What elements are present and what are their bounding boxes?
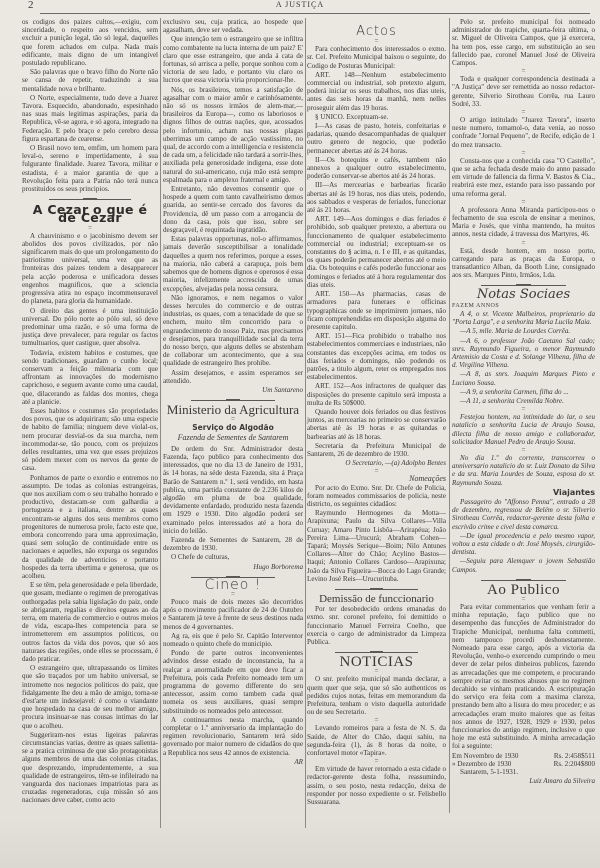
section-title: Demissão de funccionario: [307, 595, 446, 603]
paragraph: Levando romeiros para a festa de N. S. d…: [307, 724, 446, 757]
paragraph: Toda e qualquer correspondencia destinad…: [452, 75, 595, 108]
place-date: Santarem, 5-1-1931.: [452, 768, 595, 776]
paragraph: Pondo de parte outros inconvenientes adv…: [163, 649, 303, 715]
column-divider: [449, 18, 450, 813]
newspaper-page: 2 A JUSTIÇA os codigos dos paizes cultos…: [0, 0, 600, 868]
separator: =: [452, 240, 595, 246]
section-subtitle: Nomeações: [307, 475, 446, 483]
section-title: Cineo !: [163, 581, 303, 589]
separator: =: [452, 596, 595, 602]
signature: Luiz Amaro da Silveira: [452, 777, 595, 785]
signature: Um Santareno: [163, 386, 303, 394]
paragraph: III—As mercearias e barbearias ficarão a…: [307, 181, 446, 214]
anniversary-item: —A 6, o professor João Caetano Sal cado;…: [452, 337, 595, 370]
paragraph: Raymundo Hermogenes da Motta—Arapixuna; …: [307, 509, 446, 583]
paragraph: Secretaria da Prefeitura Municipal de Sa…: [307, 442, 446, 458]
paragraph: Esses habitos e costumes são propriedade…: [22, 407, 158, 473]
paragraph: Todavia, existem habitos e costumes, que…: [22, 349, 158, 406]
paragraph: Nós, os brasileiros, temos a satisfação …: [163, 86, 303, 184]
column-divider: [160, 18, 161, 828]
paragraph: Para evitar commentarios que venham feri…: [452, 603, 595, 751]
paragraph: O Brasil novo tem, emfim, um homem para …: [22, 144, 158, 193]
paragraph: Por ter desobedecido ordens emanadas do …: [307, 605, 446, 646]
ornament-divider: [307, 650, 446, 654]
anniversary-item: —A 8, as snrs. Joaquim Marques Pinto e L…: [452, 370, 595, 386]
ornament-divider: [452, 578, 595, 582]
paragraph: São palavras que o bravo filho do Norte …: [22, 68, 158, 93]
paragraph: II—Os botequins e cafés, tambem não anne…: [307, 156, 446, 181]
paragraph: No dia 1.º do corrente, transcorreu o an…: [452, 454, 595, 487]
separator: =: [307, 717, 446, 723]
separator: =: [452, 68, 595, 74]
signature: Hugo Borborema: [163, 563, 303, 571]
finance-value: Rs. 2:458$511: [554, 752, 595, 760]
separator: =: [452, 406, 595, 412]
paragraph: E se têm, pela generosidade e pela liber…: [22, 581, 158, 663]
paragraph: ART. 148—Nenhum estabelecimento commerci…: [307, 71, 446, 112]
column-1: os codigos dos paizes cultos,—exigiu, co…: [22, 18, 158, 806]
column-4: Pelo sr. prefeito municipal foi nomeado …: [452, 18, 595, 785]
section-title: Ministerio da Agricultura: [163, 406, 303, 414]
signature: O Secretario, —(a) Adolpho Bentes: [307, 459, 446, 467]
section-title: NOTICIAS: [307, 658, 446, 666]
paragraph: Suggeriram-nos estas ligeiras palavras c…: [22, 731, 158, 805]
paragraph: ART. 150—As pharmacias, casas de armador…: [307, 290, 446, 331]
place-date: Fazenda de Sementes de Santarem, 28 de d…: [163, 536, 303, 552]
anniversary-item: —A 5, mlle. Maria de Lourdes Corrêa.: [452, 327, 595, 335]
paragraph: O Norte, especialmente, tudo deve a Juar…: [22, 94, 158, 143]
finance-label: Em Novembro de 1930: [452, 752, 518, 760]
separator: =: [307, 758, 446, 764]
anniversary-item: A 4, o sr. Vicente Malheiros, proprietar…: [452, 310, 595, 326]
paragraph: Em virtude de haver retornado a esta cid…: [307, 765, 446, 806]
newspaper-title: A JUSTIÇA: [10, 0, 590, 9]
paragraph: A chauvinismo e o jacobinismo devem ser …: [22, 232, 158, 306]
paragraph: exclusivo seu, cuja pratica, ao hospede …: [163, 18, 303, 34]
finance-row: Em Novembro de 1930 Rs. 2:458$511: [452, 752, 595, 760]
paragraph: Festejou hontem, na intimidade do lar, o…: [452, 413, 595, 446]
page-shading: [0, 820, 600, 868]
paragraph: Entretanto, não devemos consentir que o …: [163, 185, 303, 234]
paragraph: Ag ra, eis que é pelo Sr. Capitão Interv…: [163, 632, 303, 648]
column-3: Actos = Para conhecimento dos interessad…: [307, 18, 446, 807]
paragraph: Ponhamos de parte o exordio e entremos n…: [22, 474, 158, 581]
article-title: A Cezar o que é de Cezar: [22, 206, 158, 222]
paragraph: O artigo intitulado "Juarez Tavora", ins…: [452, 116, 595, 149]
paragraph: Para conhecimento dos interessados o exm…: [307, 45, 446, 70]
paragraph: Que intenção tem o estrangeiro que se in…: [163, 35, 303, 84]
paragraph: ART. 151—Fica prohibido o trabalho nos e…: [307, 332, 446, 381]
section-label: FAZEM ANNOS: [452, 302, 595, 310]
ornament-divider: [163, 575, 303, 579]
paragraph: ART. 152—Aos infractores de qualquer das…: [307, 382, 446, 407]
masthead: 2 A JUSTIÇA: [10, 2, 590, 14]
section-title: Notas Sociaes: [452, 291, 595, 299]
paragraph: Pouco mais de dois mezes são decorridos …: [163, 598, 303, 631]
anniversary-item: —A 11, a senhorita Cremilda Nobre.: [452, 397, 595, 405]
paragraph: A continuarmos nesta marcha, quando comp…: [163, 716, 303, 757]
finance-row: » Dezembro de 1930 Rs. 2:204$800: [452, 760, 595, 768]
paragraph: I—As casas de pasto, hoteis, confeitaria…: [307, 122, 446, 155]
section-title: Actos: [307, 28, 446, 36]
separator: =: [452, 150, 595, 156]
paragraph: O direito das gentes é uma instituição u…: [22, 307, 158, 348]
paragraph: ART. 149—Aos domingos e dias feriados é …: [307, 215, 446, 289]
column-divider: [305, 18, 306, 828]
ornament-divider: [22, 197, 158, 201]
separator: =: [452, 109, 595, 115]
ornament-divider: [163, 398, 303, 402]
paragraph: § UNICO. Exceptuam-se.: [307, 113, 446, 121]
paragraph: O snr. prefeito municipal manda declarar…: [307, 675, 446, 716]
paragraph: De ordem do Snr. Administrador desta Faz…: [163, 445, 303, 535]
paragraph: Pelo sr. prefeito municipal foi nomeado …: [452, 18, 595, 67]
separator: =: [163, 591, 303, 597]
role: O Chefe de culturas,: [163, 553, 303, 561]
paragraph: Quando houver dois feriados ou dias fest…: [307, 408, 446, 441]
finance-label: » Dezembro de 1930: [452, 760, 511, 768]
column-2: exclusivo seu, cuja pratica, ao hospede …: [163, 18, 303, 766]
anniversary-item: —A 9, a senhorita Carmen, filha do ...: [452, 388, 595, 396]
paragraph: —De igual procedencia e pelo mesmo vapor…: [452, 532, 595, 557]
masthead-rule: [40, 13, 590, 14]
paragraph: Passageiro do "Affonso Penna", entrado a…: [452, 498, 595, 531]
separator: =: [307, 668, 446, 674]
ornament-divider: [307, 587, 446, 591]
separator: =: [452, 199, 595, 205]
separator: =: [163, 416, 303, 422]
paragraph: Estas palavras opportunas, nol-o affirma…: [163, 235, 303, 292]
separator: =: [307, 38, 446, 44]
separator: =: [22, 225, 158, 231]
paragraph: Consta-nos que a conhecida casa "O Caste…: [452, 157, 595, 198]
paragraph: Por acto do Exmo. Snr. Dr. Chefe de Poli…: [307, 484, 446, 509]
paragraph: Não ignoramos, e nem negamos o valor des…: [163, 294, 303, 368]
paragraph: A professora Anna Miranda participou-nos…: [452, 206, 595, 239]
section-title: Ao Publico: [452, 586, 595, 594]
section-subtitle: Viajantes: [452, 489, 595, 497]
section-subtitle-italic: Fazenda de Sementes de Santarem: [163, 434, 303, 442]
signature: AR: [163, 758, 303, 766]
paragraph: O estrangeiro que, ultrapassando os limi…: [22, 664, 158, 730]
paragraph: Está, desde hontem, em nosso porto, carr…: [452, 247, 595, 280]
paragraph: Assim desejamos, e assim esperamos ser a…: [163, 369, 303, 385]
separator: =: [452, 447, 595, 453]
paragraph: os codigos dos paizes cultos,—exigiu, co…: [22, 18, 158, 67]
section-subtitle: Serviço do Algodão: [163, 424, 303, 432]
finance-value: Rs. 2:204$800: [554, 760, 595, 768]
ornament-divider: [452, 283, 595, 287]
paragraph: —Seguiu para Alemquer o jovem Sebastião …: [452, 557, 595, 573]
